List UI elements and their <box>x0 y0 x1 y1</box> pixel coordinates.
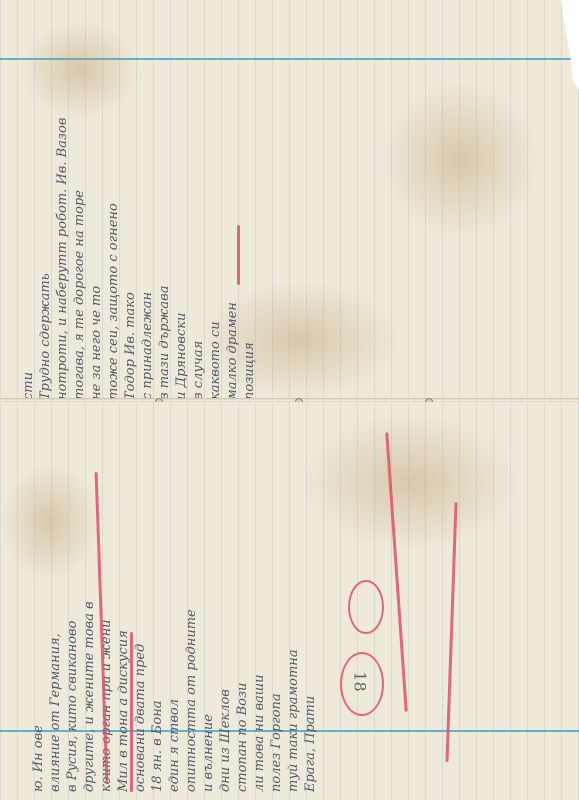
text-line: не за него че то <box>88 70 105 400</box>
circled-number-text: 18 <box>351 671 370 691</box>
scanned-notebook: сти Трудно сдержать нотроти, и наберутт … <box>0 0 579 800</box>
text-line: и Дряновски <box>173 70 190 400</box>
text-line: позиция <box>241 70 258 400</box>
text-line: в случая <box>190 70 207 400</box>
text-line: основани двата пред <box>132 412 149 792</box>
text-line: в тази държава <box>156 70 173 400</box>
text-line: Ерага, Прати <box>302 412 319 792</box>
bottom-page: ю. Ин ове влияние от Германия, в Русия, … <box>0 402 579 800</box>
text-line: дни из Шеклов <box>217 412 234 792</box>
red-pencil-mark <box>237 225 240 285</box>
water-stain <box>380 80 540 240</box>
text-line: 18 ян. в Бона <box>149 412 166 792</box>
text-line: в Русия, кито свиканово <box>64 412 81 792</box>
text-line: влияние от Германия, <box>47 412 64 792</box>
text-line: туй таки грамотна <box>285 412 302 792</box>
text-line: тоже сеи, защото с огнено <box>105 70 122 400</box>
text-line: другите, и жените това в <box>81 412 98 792</box>
text-line: ли това ни ваши <box>251 412 268 792</box>
text-line: полез Горгопа <box>268 412 285 792</box>
text-line: Тодор Ив. тако <box>122 70 139 400</box>
text-line: ю. Ин ове <box>30 412 47 792</box>
red-circle-mark <box>348 580 384 634</box>
text-line: тогава, я те дорогое на торе <box>71 70 88 400</box>
text-line: каквото си <box>207 70 224 400</box>
text-line: един я ствол <box>166 412 183 792</box>
red-pencil-line <box>130 632 133 792</box>
text-line: стопан по Вози <box>234 412 251 792</box>
text-line: с принадлежан <box>139 70 156 400</box>
water-stain <box>300 412 520 552</box>
top-page: сти Трудно сдержать нотроти, и наберутт … <box>0 0 579 400</box>
text-line: нотроти, и наберутт робот. Ив. Вазов <box>54 70 71 400</box>
handwritten-text-top: сти Трудно сдержать нотроти, и наберутт … <box>20 70 258 400</box>
text-line: опитността от родните <box>183 412 200 792</box>
text-line: и вълнение <box>200 412 217 792</box>
handwritten-text-bottom: ю. Ин ове влияние от Германия, в Русия, … <box>30 412 319 792</box>
text-line: Трудно сдержать <box>37 70 54 400</box>
text-line: сти <box>20 70 37 400</box>
